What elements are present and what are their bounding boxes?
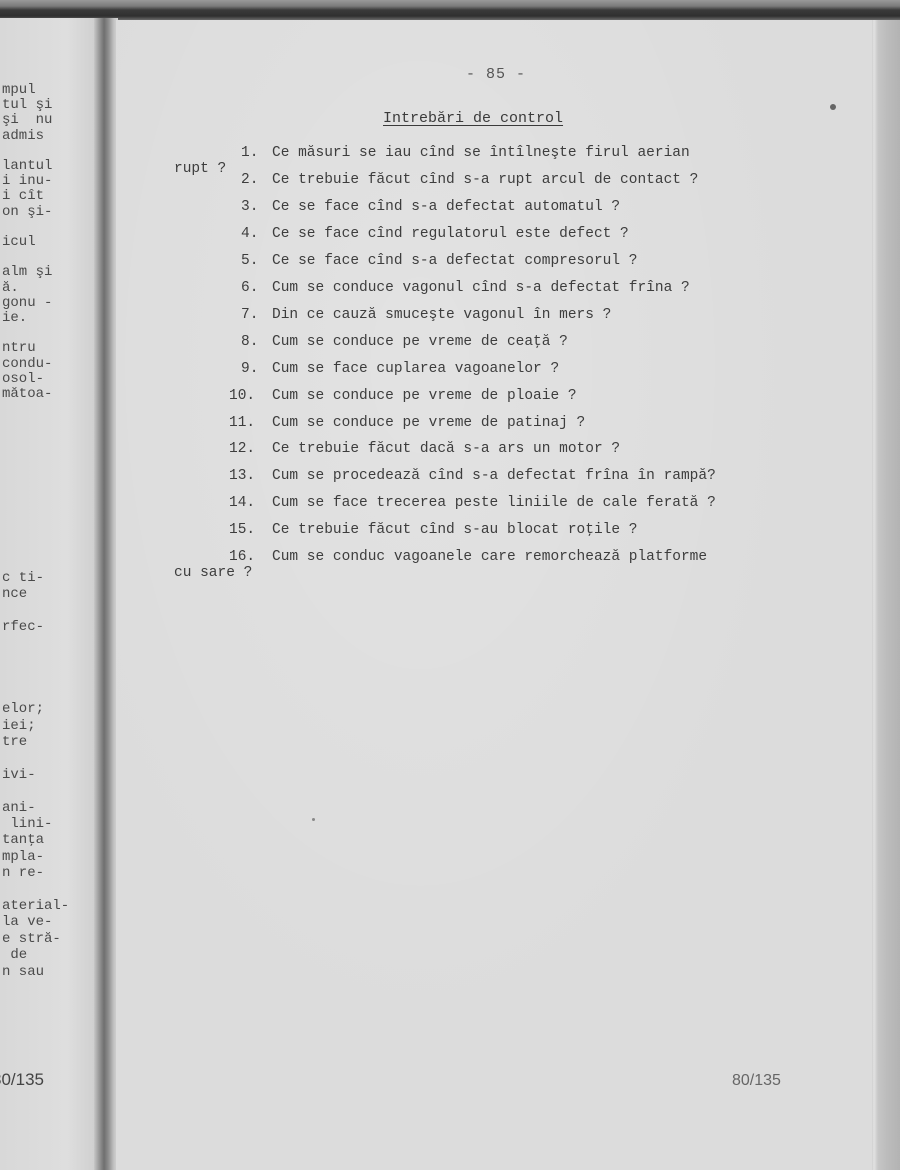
question-number: 2. <box>241 172 258 188</box>
binding-shadow-strip <box>0 0 900 20</box>
left-page-footer-code: 80/135 <box>0 1070 44 1090</box>
left-partial-page: mpultul şişi nuadmislantuli inu-i cîton … <box>0 18 96 1170</box>
ink-speck-small <box>312 818 315 821</box>
question-number: 15. <box>229 522 255 538</box>
question-number: 5. <box>241 253 258 269</box>
left-page-fragment: şi nu <box>2 112 84 128</box>
left-page-fragment: alm şi <box>2 264 84 280</box>
left-page-fragment: ani- <box>2 800 84 816</box>
left-page-fragment: tanţa <box>2 832 84 848</box>
left-page-fragment: de <box>2 947 84 963</box>
question-text: Cum se conduce vagonul cînd s-a defectat… <box>272 280 690 296</box>
section-heading: Intrebări de control <box>383 110 563 127</box>
question-text-continuation: rupt ? <box>174 161 226 177</box>
left-page-fragment: rfec- <box>2 619 84 635</box>
question-text: Cum se face cuplarea vagoanelor ? <box>272 361 559 377</box>
question-text: Cum se procedează cînd s-a defectat frîn… <box>272 468 716 484</box>
left-page-fragment: i inu- <box>2 173 84 189</box>
question-text: Cum se face trecerea peste liniile de ca… <box>272 495 716 511</box>
left-page-fragment: e stră- <box>2 931 84 947</box>
left-page-fragment: icul <box>2 234 84 250</box>
left-page-fragment: n sau <box>2 964 84 980</box>
question-text: Cum se conduce pe vreme de ceaţă ? <box>272 334 568 350</box>
question-text: Cum se conduc vagoanele care remorchează… <box>272 549 707 565</box>
question-text: Ce măsuri se iau cînd se întîlneşte firu… <box>272 145 690 161</box>
question-text: Cum se conduce pe vreme de ploaie ? <box>272 388 577 404</box>
question-text: Ce trebuie făcut dacă s-a ars un motor ? <box>272 441 620 457</box>
left-page-fragment: mpul <box>2 82 84 98</box>
question-number: 8. <box>241 334 258 350</box>
left-page-fragment: ie. <box>2 310 84 326</box>
left-page-fragment: nce <box>2 586 84 602</box>
left-page-fragment: lini- <box>2 816 84 832</box>
left-page-fragment: osol- <box>2 371 84 387</box>
question-number: 3. <box>241 199 258 215</box>
question-number: 11. <box>229 415 255 431</box>
question-text: Ce trebuie făcut cînd s-au blocat roţile… <box>272 522 637 538</box>
left-page-fragment: admis <box>2 128 84 144</box>
question-number: 16. <box>229 549 255 565</box>
left-page-fragment: la ve- <box>2 914 84 930</box>
left-page-fragment: ă. <box>2 280 84 296</box>
left-page-fragment: iei; <box>2 718 84 734</box>
left-page-fragment: mpla- <box>2 849 84 865</box>
question-text: Ce trebuie făcut cînd s-a rupt arcul de … <box>272 172 698 188</box>
question-number: 13. <box>229 468 255 484</box>
question-text: Ce se face cînd s-a defectat automatul ? <box>272 199 620 215</box>
question-text: Cum se conduce pe vreme de patinaj ? <box>272 415 585 431</box>
question-number: 10. <box>229 388 255 404</box>
left-page-fragment: ivi- <box>2 767 84 783</box>
question-text-continuation: cu sare ? <box>174 565 252 581</box>
question-number: 6. <box>241 280 258 296</box>
page-number: - 85 - <box>466 66 526 83</box>
question-text: Ce se face cînd s-a defectat compresorul… <box>272 253 637 269</box>
left-page-fragment: gonu - <box>2 295 84 311</box>
left-page-fragment: i cît <box>2 188 84 204</box>
page-footer-code: 80/135 <box>732 1072 781 1090</box>
left-page-fragment: ntru <box>2 340 84 356</box>
ink-speck <box>830 104 836 110</box>
question-number: 12. <box>229 441 255 457</box>
left-page-fragment: tul şi <box>2 97 84 113</box>
question-number: 4. <box>241 226 258 242</box>
left-page-fragment: elor; <box>2 701 84 717</box>
question-text: Ce se face cînd regulatorul este defect … <box>272 226 629 242</box>
question-number: 7. <box>241 307 258 323</box>
main-page <box>116 20 876 1170</box>
left-page-fragment: tre <box>2 734 84 750</box>
left-page-fragment: mătoa- <box>2 386 84 402</box>
left-page-fragment: on şi- <box>2 204 84 220</box>
left-page-fragment: lantul <box>2 158 84 174</box>
left-page-fragment: c ti- <box>2 570 84 586</box>
question-number: 14. <box>229 495 255 511</box>
page-right-edge <box>872 20 900 1170</box>
question-number: 1. <box>241 145 258 161</box>
book-gutter <box>94 18 118 1170</box>
left-page-fragment: n re- <box>2 865 84 881</box>
left-page-fragment: aterial- <box>2 898 84 914</box>
question-number: 9. <box>241 361 258 377</box>
left-page-fragment: condu- <box>2 356 84 372</box>
question-text: Din ce cauză smuceşte vagonul în mers ? <box>272 307 611 323</box>
